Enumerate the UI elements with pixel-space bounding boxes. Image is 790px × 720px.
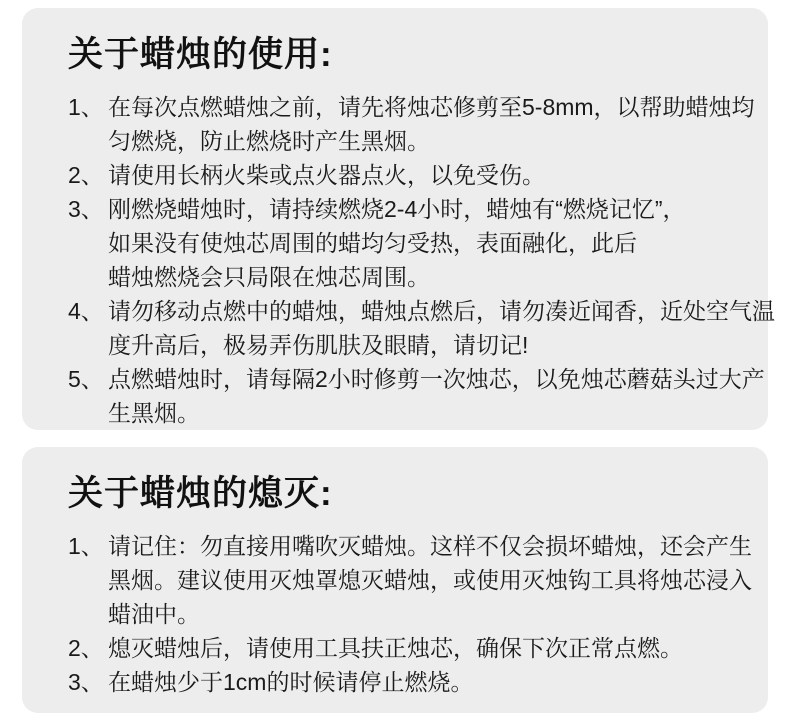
item-text: 点燃蜡烛时，请每隔2小时修剪一次烛芯，以免烛芯蘑菇头过大产 生黑烟。 bbox=[108, 362, 765, 430]
usage-instruction-list: 1、 在每次点燃蜡烛之前，请先将烛芯修剪至5-8mm，以帮助蜡烛均 匀燃烧，防止… bbox=[68, 90, 742, 430]
item-line: 请使用长柄火柴或点火器点火，以免受伤。 bbox=[108, 158, 742, 192]
list-item: 3、 刚燃烧蜡烛时，请持续燃烧2-4小时，蜡烛有“燃烧记忆”， 如果没有使烛芯周… bbox=[68, 192, 742, 294]
item-number: 2、 bbox=[68, 158, 108, 192]
item-number: 2、 bbox=[68, 631, 108, 665]
list-item: 1、 请记住：勿直接用嘴吹灭蜡烛。这样不仅会损坏蜡烛，还会产生 黑烟。建议使用灭… bbox=[68, 529, 742, 631]
item-line: 请勿移动点燃中的蜡烛，蜡烛点燃后，请勿凑近闻香，近处空气温 bbox=[108, 294, 775, 328]
list-item: 5、 点燃蜡烛时，请每隔2小时修剪一次烛芯，以免烛芯蘑菇头过大产 生黑烟。 bbox=[68, 362, 742, 430]
item-number: 1、 bbox=[68, 529, 108, 563]
candle-extinguish-card: 关于蜡烛的熄灭: 1、 请记住：勿直接用嘴吹灭蜡烛。这样不仅会损坏蜡烛，还会产生… bbox=[22, 447, 768, 713]
item-text: 在每次点燃蜡烛之前，请先将烛芯修剪至5-8mm，以帮助蜡烛均 匀燃烧，防止燃烧时… bbox=[108, 90, 755, 158]
item-line: 在每次点燃蜡烛之前，请先将烛芯修剪至5-8mm，以帮助蜡烛均 bbox=[108, 90, 755, 124]
candle-usage-card: 关于蜡烛的使用: 1、 在每次点燃蜡烛之前，请先将烛芯修剪至5-8mm，以帮助蜡… bbox=[22, 8, 768, 430]
item-text: 请勿移动点燃中的蜡烛，蜡烛点燃后，请勿凑近闻香，近处空气温 度升高后，极易弄伤肌… bbox=[108, 294, 775, 362]
item-line: 点燃蜡烛时，请每隔2小时修剪一次烛芯，以免烛芯蘑菇头过大产 bbox=[108, 362, 765, 396]
list-item: 2、 请使用长柄火柴或点火器点火，以免受伤。 bbox=[68, 158, 742, 192]
item-line: 熄灭蜡烛后，请使用工具扶正烛芯，确保下次正常点燃。 bbox=[108, 631, 742, 665]
item-line: 度升高后，极易弄伤肌肤及眼睛，请切记! bbox=[108, 328, 775, 362]
item-number: 3、 bbox=[68, 192, 108, 226]
item-line: 请记住：勿直接用嘴吹灭蜡烛。这样不仅会损坏蜡烛，还会产生 bbox=[108, 529, 752, 563]
item-number: 1、 bbox=[68, 90, 108, 124]
item-text: 请使用长柄火柴或点火器点火，以免受伤。 bbox=[108, 158, 742, 192]
list-item: 1、 在每次点燃蜡烛之前，请先将烛芯修剪至5-8mm，以帮助蜡烛均 匀燃烧，防止… bbox=[68, 90, 742, 158]
item-line: 黑烟。建议使用灭烛罩熄灭蜡烛，或使用灭烛钩工具将烛芯浸入 bbox=[108, 563, 752, 597]
item-line: 生黑烟。 bbox=[108, 396, 765, 430]
item-number: 5、 bbox=[68, 362, 108, 396]
item-text: 刚燃烧蜡烛时，请持续燃烧2-4小时，蜡烛有“燃烧记忆”， 如果没有使烛芯周围的蜡… bbox=[108, 192, 742, 294]
item-line: 刚燃烧蜡烛时，请持续燃烧2-4小时，蜡烛有“燃烧记忆”， bbox=[108, 192, 742, 226]
item-line: 蜡油中。 bbox=[108, 597, 752, 631]
list-item: 4、 请勿移动点燃中的蜡烛，蜡烛点燃后，请勿凑近闻香，近处空气温 度升高后，极易… bbox=[68, 294, 742, 362]
extinguish-instruction-list: 1、 请记住：勿直接用嘴吹灭蜡烛。这样不仅会损坏蜡烛，还会产生 黑烟。建议使用灭… bbox=[68, 529, 742, 699]
item-line: 如果没有使烛芯周围的蜡均匀受热，表面融化，此后 bbox=[108, 226, 742, 260]
item-number: 4、 bbox=[68, 294, 108, 328]
item-line: 蜡烛燃烧会只局限在烛芯周围。 bbox=[108, 260, 742, 294]
usage-section-title: 关于蜡烛的使用: bbox=[68, 34, 742, 76]
item-text: 熄灭蜡烛后，请使用工具扶正烛芯，确保下次正常点燃。 bbox=[108, 631, 742, 665]
extinguish-section-title: 关于蜡烛的熄灭: bbox=[68, 473, 742, 515]
item-number: 3、 bbox=[68, 665, 108, 699]
list-item: 2、 熄灭蜡烛后，请使用工具扶正烛芯，确保下次正常点燃。 bbox=[68, 631, 742, 665]
item-line: 在蜡烛少于1cm的时候请停止燃烧。 bbox=[108, 665, 742, 699]
list-item: 3、 在蜡烛少于1cm的时候请停止燃烧。 bbox=[68, 665, 742, 699]
item-text: 请记住：勿直接用嘴吹灭蜡烛。这样不仅会损坏蜡烛，还会产生 黑烟。建议使用灭烛罩熄… bbox=[108, 529, 752, 631]
item-line: 匀燃烧，防止燃烧时产生黑烟。 bbox=[108, 124, 755, 158]
item-text: 在蜡烛少于1cm的时候请停止燃烧。 bbox=[108, 665, 742, 699]
